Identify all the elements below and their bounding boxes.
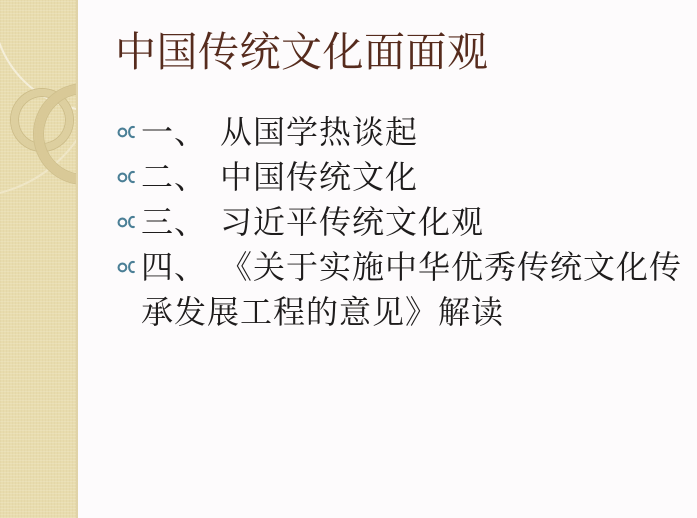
item-text: 《关于实施中华优秀传统文化传 bbox=[220, 245, 682, 290]
left-decoration-panel bbox=[0, 0, 78, 518]
item-text: 中国传统文化 bbox=[220, 155, 418, 200]
slide-canvas: 中国传统文化面面观 一、 从国学热谈起 bbox=[0, 0, 697, 518]
item-number: 二、 bbox=[141, 155, 207, 200]
agenda-list: 一、 从国学热谈起 二、 中国传统文化 bbox=[115, 110, 697, 335]
list-item: 四、 《关于实施中华优秀传统文化传 承发展工程的意见》解读 bbox=[115, 245, 697, 335]
item-number: 一、 bbox=[141, 110, 207, 155]
slide-content: 中国传统文化面面观 一、 从国学热谈起 bbox=[78, 0, 697, 518]
item-number: 四、 bbox=[141, 245, 207, 290]
bullet-icon bbox=[115, 213, 141, 231]
slide-title: 中国传统文化面面观 bbox=[115, 30, 697, 76]
bullet-icon bbox=[115, 123, 141, 141]
item-number: 三、 bbox=[141, 200, 207, 245]
bullet-icon bbox=[115, 168, 141, 186]
item-text: 习近平传统文化观 bbox=[220, 200, 484, 245]
list-item: 三、 习近平传统文化观 bbox=[115, 200, 697, 245]
list-item: 二、 中国传统文化 bbox=[115, 155, 697, 200]
item-text: 从国学热谈起 bbox=[220, 110, 418, 155]
list-item: 一、 从国学热谈起 bbox=[115, 110, 697, 155]
bullet-icon bbox=[115, 258, 141, 276]
item-text-wrapped: 承发展工程的意见》解读 bbox=[141, 294, 504, 330]
